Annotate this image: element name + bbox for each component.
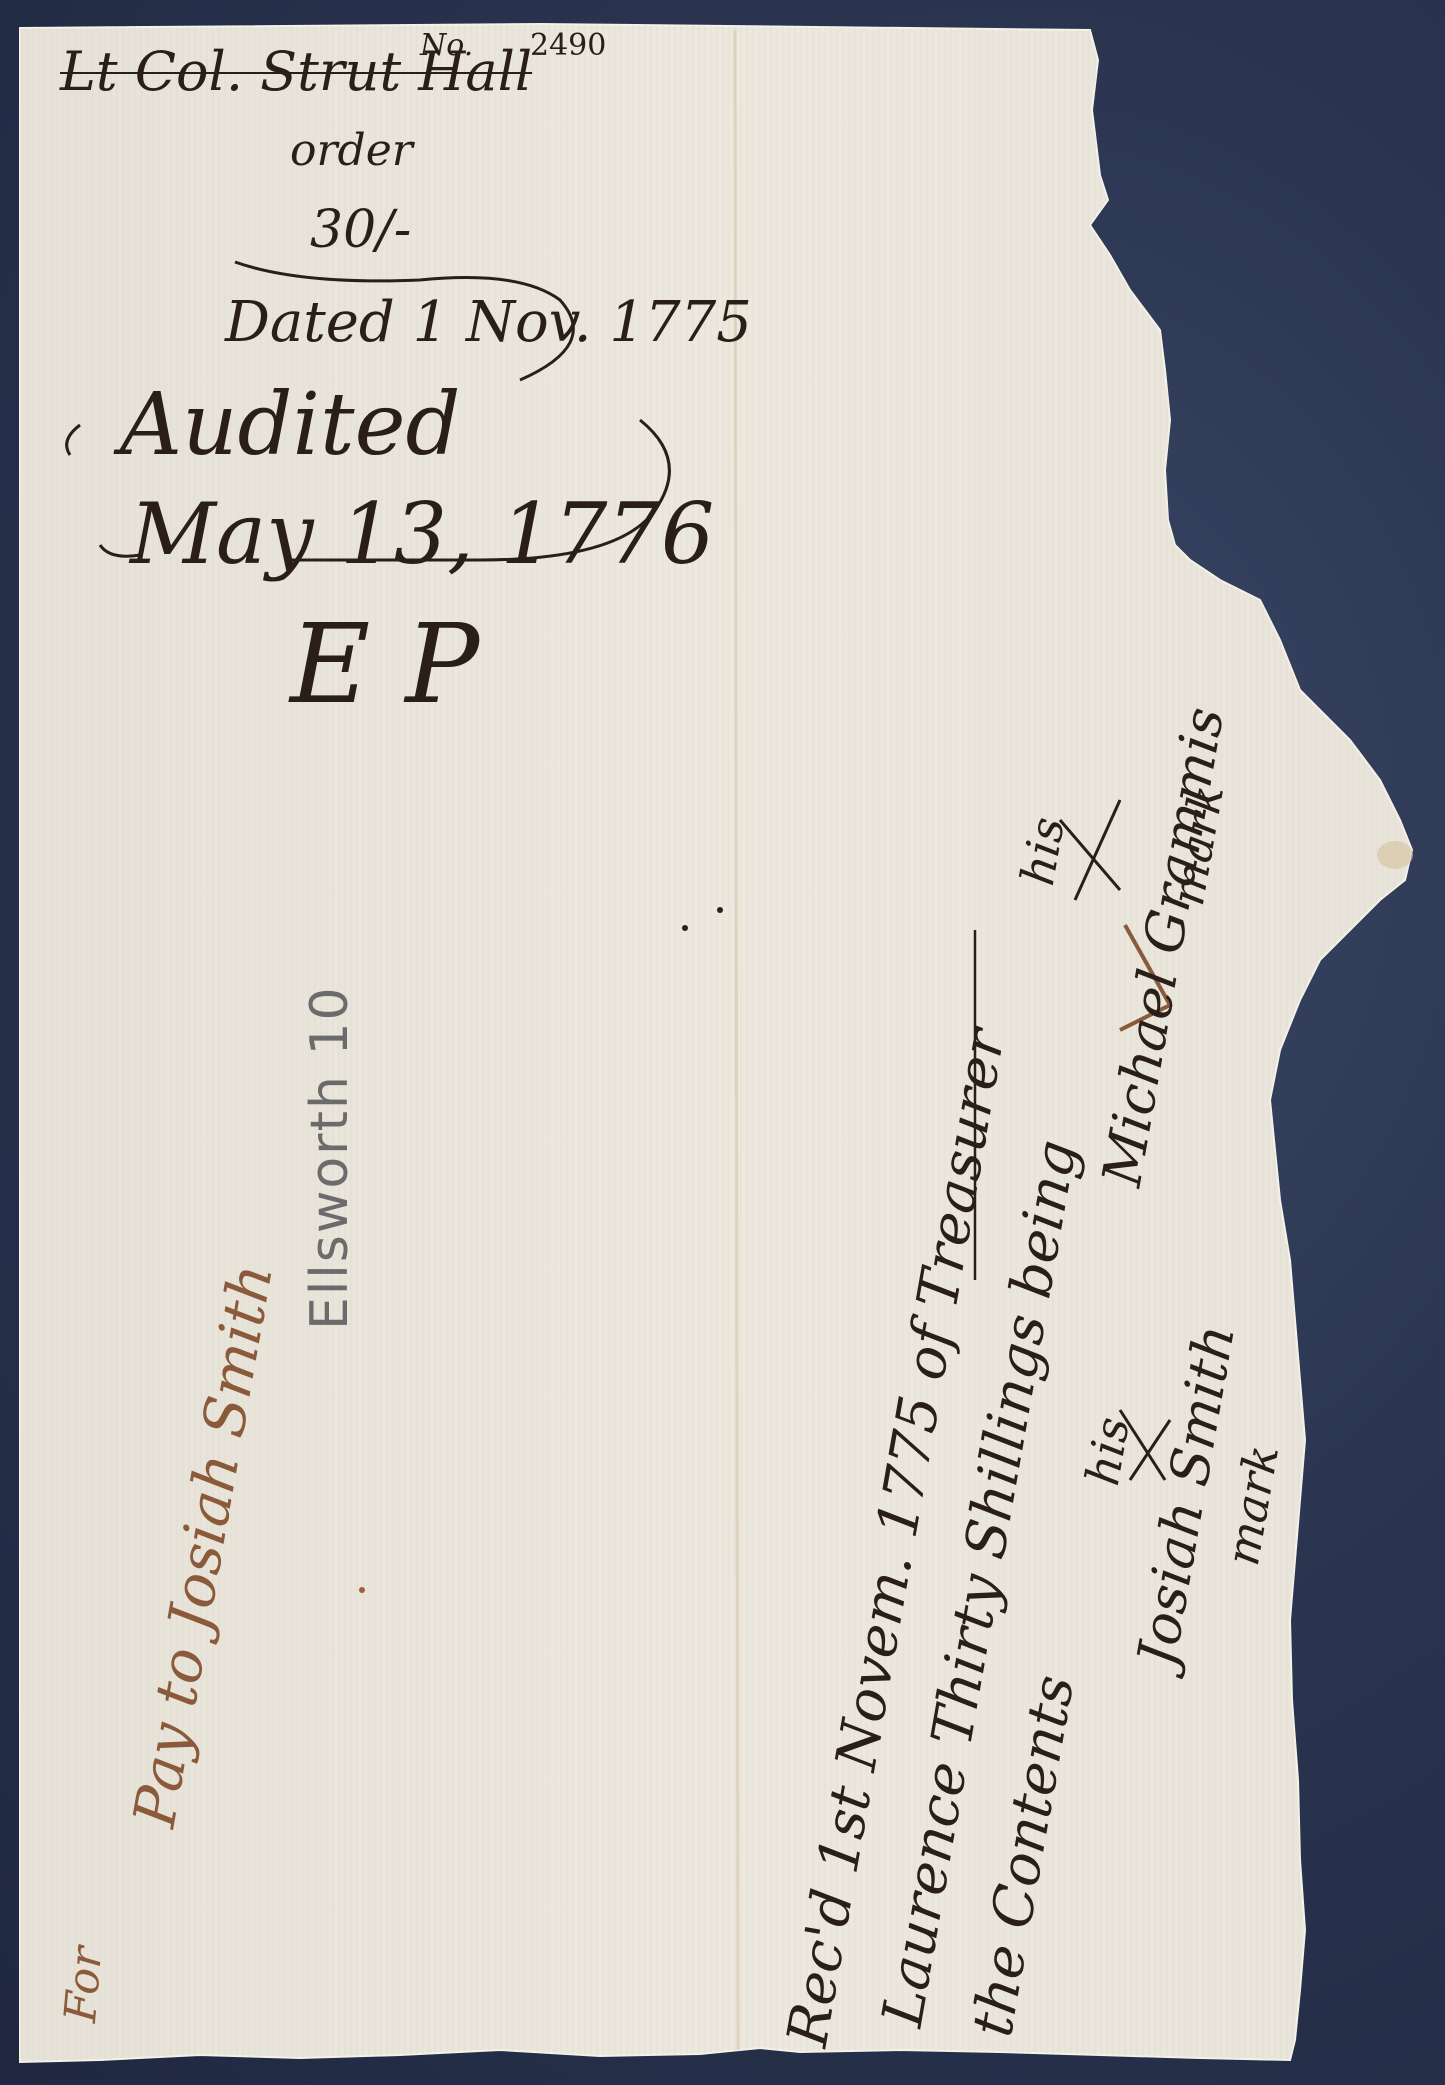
- endorsement-for: For: [55, 1945, 112, 2025]
- docket-number-label: No.: [420, 28, 473, 63]
- docket-order: order: [290, 125, 413, 176]
- audited-label: Audited: [120, 375, 461, 475]
- docket-amount: 30/-: [310, 200, 411, 260]
- docket-number: 2490: [530, 28, 606, 63]
- docket-dated: Dated 1 Nov. 1775: [225, 290, 752, 355]
- audit-date: May 13, 1776: [130, 485, 714, 583]
- auditor-initials: E P: [290, 600, 479, 728]
- pencil-catalog-note: Ellsworth 10: [300, 985, 360, 1330]
